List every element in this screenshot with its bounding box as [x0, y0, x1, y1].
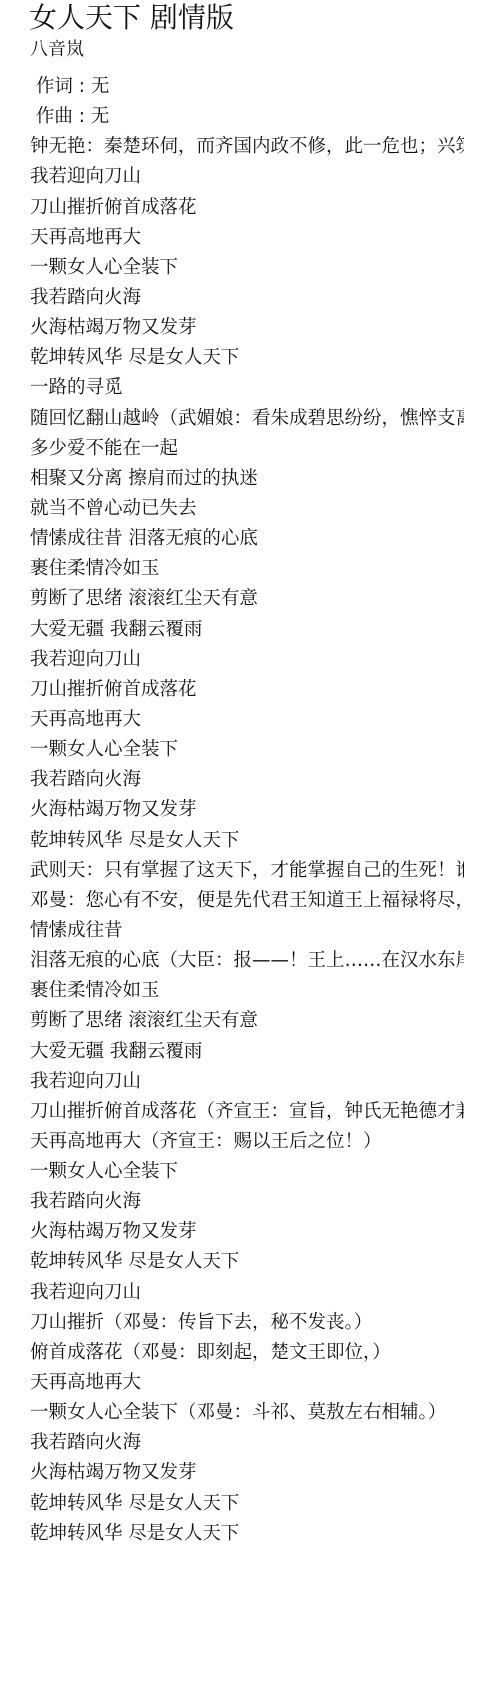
lyric-line: 乾坤转风华 尽是女人天下 [30, 1489, 464, 1519]
lyric-line: 火海枯竭万物又发芽 [30, 1217, 464, 1247]
lyric-line: 天再高地再大 [30, 223, 464, 253]
lyric-line: 裹住柔情冷如玉 [30, 554, 464, 584]
lyric-line: 相聚又分离 擦肩而过的执迷 [30, 464, 464, 494]
lyric-line: 裹住柔情冷如玉 [30, 976, 464, 1006]
lyric-line: 乾坤转风华 尽是女人天下 [30, 1519, 464, 1549]
lyric-line: 我若迎向刀山 [30, 645, 464, 675]
lyric-line: 我若迎向刀山 [30, 1278, 464, 1308]
lyric-line: 情愫成往昔 [30, 916, 464, 946]
lyric-line: 随回忆翻山越岭（武媚娘：看朱成碧思纷纷，憔悴支离 [30, 404, 464, 434]
lyric-line: 刀山摧折俯首成落花（齐宣王：宣旨，钟氏无艳德才兼 [30, 1097, 464, 1127]
lyric-line: 剪断了思绪 滚滚红尘天有意 [30, 584, 464, 614]
lyric-line: 刀山摧折俯首成落花 [30, 675, 464, 705]
lyric-line: 一颗女人心全装下 [30, 735, 464, 765]
lyric-line: 一颗女人心全装下 [30, 253, 464, 283]
lyric-line: 天再高地再大 [30, 1368, 464, 1398]
lyric-line: 天再高地再大（齐宣王：赐以王后之位！） [30, 1127, 464, 1157]
lyric-line: 作曲 : 无 [30, 102, 464, 132]
lyric-line: 大爱无疆 我翻云覆雨 [30, 615, 464, 645]
lyric-line: 乾坤转风华 尽是女人天下 [30, 343, 464, 373]
lyric-line: 我若迎向刀山 [30, 1067, 464, 1097]
lyric-line: 乾坤转风华 尽是女人天下 [30, 826, 464, 856]
lyric-line: 我若踏向火海 [30, 1187, 464, 1217]
lyric-line: 多少爱不能在一起 [30, 434, 464, 464]
lyric-line: 刀山摧折（邓曼：传旨下去，秘不发丧。） [30, 1308, 464, 1338]
artist-name: 八音岚 [30, 37, 84, 63]
song-title: 女人天下 剧情版 [29, 0, 234, 36]
lyric-line: 我若踏向火海 [30, 1428, 464, 1458]
lyric-line: 火海枯竭万物又发芽 [30, 313, 464, 343]
lyric-line: 我若踏向火海 [30, 283, 464, 313]
lyric-line: 钟无艳：秦楚环伺，而齐国内政不修，此一危也；兴筑 [30, 132, 464, 162]
lyric-line: 剪断了思绪 滚滚红尘天有意 [30, 1006, 464, 1036]
lyric-line: 就当不曾心动已失去 [30, 494, 464, 524]
lyric-line: 一颗女人心全装下 [30, 1157, 464, 1187]
lyric-line: 火海枯竭万物又发芽 [30, 1458, 464, 1488]
lyric-line: 大爱无疆 我翻云覆雨 [30, 1037, 464, 1067]
lyric-line: 我若踏向火海 [30, 765, 464, 795]
lyric-line: 泪落无痕的心底（大臣：报——！王上……在汉水东岸 [30, 946, 464, 976]
lyric-line: 火海枯竭万物又发芽 [30, 795, 464, 825]
lyric-line: 武则天：只有掌握了这天下，才能掌握自己的生死！谁 [30, 856, 464, 886]
lyric-line: 一路的寻觅 [30, 373, 464, 403]
lyrics-page: 女人天下 剧情版 八音岚 作词 : 无 作曲 : 无钟无艳：秦楚环伺，而齐国内政… [0, 0, 464, 1690]
lyric-line: 天再高地再大 [30, 705, 464, 735]
lyric-line: 情愫成往昔 泪落无痕的心底 [30, 524, 464, 554]
lyric-line: 俯首成落花（邓曼：即刻起，楚文王即位，） [30, 1338, 464, 1368]
lyric-line: 一颗女人心全装下（邓曼：斗祁、莫敖左右相辅。） [30, 1398, 464, 1428]
lyric-line: 作词 : 无 [30, 72, 464, 102]
lyric-line: 乾坤转风华 尽是女人天下 [30, 1247, 464, 1277]
lyric-line: 我若迎向刀山 [30, 162, 464, 192]
lyric-line: 邓曼：您心有不安，便是先代君王知道王上福禄将尽， [30, 886, 464, 916]
lyrics-list: 作词 : 无 作曲 : 无钟无艳：秦楚环伺，而齐国内政不修，此一危也；兴筑我若迎… [30, 72, 464, 1549]
lyric-line: 刀山摧折俯首成落花 [30, 193, 464, 223]
